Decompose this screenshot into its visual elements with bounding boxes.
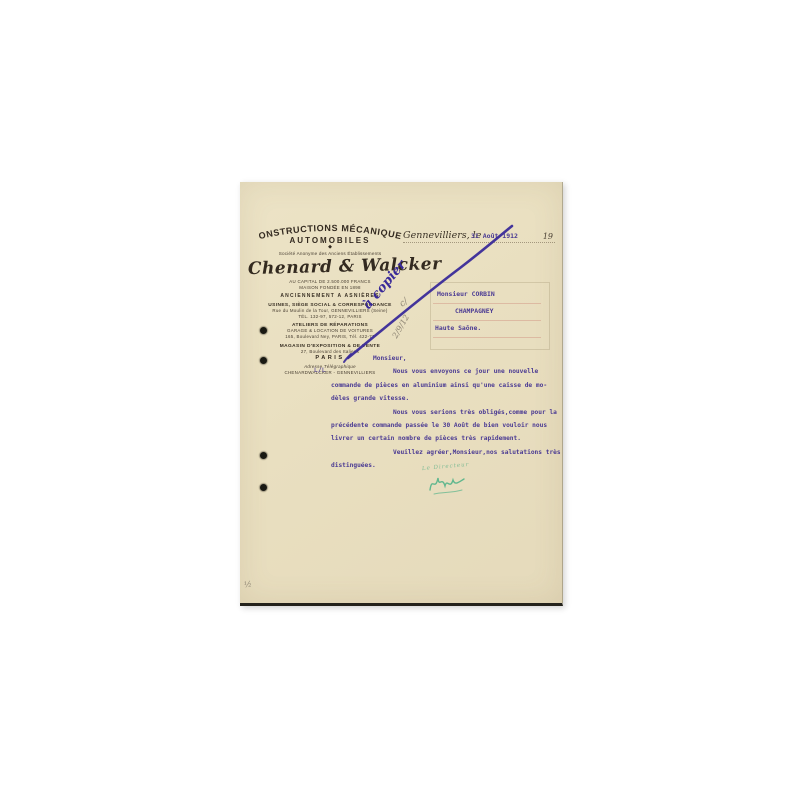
recipient-name: Monsieur CORBIN	[437, 290, 495, 298]
body-line: Monsieur,	[331, 352, 555, 365]
letterhead-anciennement: ANCIENNEMENT A ASNIÈRES	[248, 293, 412, 299]
dateline-place: Gennevilliers, le	[403, 230, 481, 241]
letter-paper: CONSTRUCTIONS MÉCANIQUES AUTOMOBILES ◆ S…	[240, 182, 563, 606]
body-line: précédente commande passée le 30 Août de…	[331, 419, 555, 432]
address-rule	[433, 303, 541, 304]
body-line: Nous vous serions très obligés,comme pou…	[331, 406, 555, 419]
signature	[426, 470, 472, 498]
letterhead-usines-addr: Rue du Moulin de la Tour, GENNEVILLIERS …	[248, 308, 412, 314]
letterhead-usines-tel: TÉL. 132-97, 572-12, PARIS	[248, 314, 412, 320]
address-rule	[433, 337, 541, 338]
address-rule	[433, 320, 541, 321]
letterhead-ateliers-addr: 165, Boulevard Ney, PARIS, Tél. 422-77	[248, 334, 412, 340]
recipient-city: CHAMPAGNEY	[455, 307, 493, 315]
body-line: dèles grande vitesse.	[331, 392, 555, 405]
punch-hole	[260, 452, 267, 459]
body-line: Veuillez agréer,Monsieur,nos salutations…	[331, 446, 555, 459]
body-line: livrer un certain nombre de pièces très …	[331, 432, 555, 445]
dateline-year: 19	[543, 232, 553, 241]
body-line: Nous vous envoyons ce jour une nouvelle	[331, 365, 555, 378]
diamond-ornament-icon: ◆	[248, 245, 412, 249]
dateline-typed-date: 31 Août 1912	[471, 232, 518, 240]
pencil-corner-mark: ½	[243, 580, 252, 590]
recipient-region: Haute Saône.	[435, 324, 481, 332]
punch-hole	[260, 484, 267, 491]
typed-reference: L/L	[314, 366, 326, 374]
dateline: Gennevilliers, le 31 Août 1912 19	[403, 226, 555, 243]
letter-body: Monsieur, Nous vous envoyons ce jour une…	[331, 352, 555, 473]
body-line: commande de pièces en aluminium ainsi qu…	[331, 379, 555, 392]
